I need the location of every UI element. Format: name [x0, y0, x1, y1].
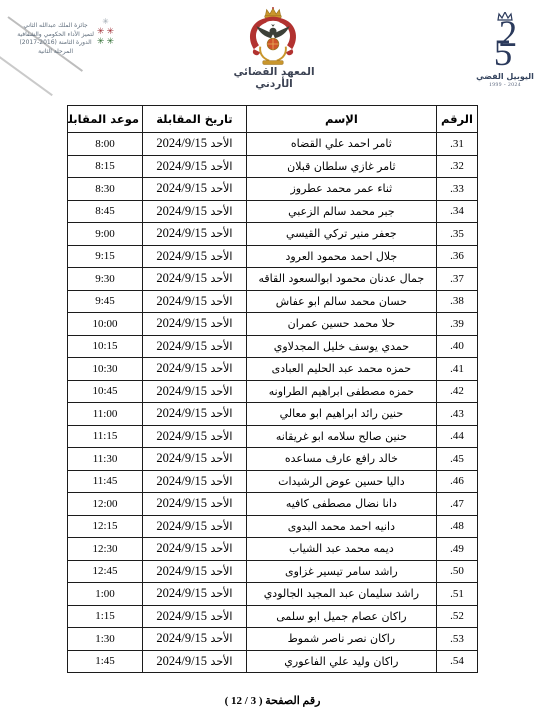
table-row: .41حمزه محمد عبد الحليم العبادىالأحد 202…	[68, 358, 478, 381]
column-header-date: تاريخ المقابلة	[143, 106, 247, 133]
weekday-label: الأحد	[207, 497, 232, 510]
interview-date-cell: الأحد 2024/9/15	[143, 155, 247, 178]
interview-date-cell: الأحد 2024/9/15	[143, 470, 247, 493]
applicant-name-cell: راكان عصام جميل ابو سلمى	[246, 605, 436, 628]
table-row: .31ثامر احمد علي القضاهالأحد 2024/9/158:…	[68, 133, 478, 156]
interview-date-cell: الأحد 2024/9/15	[143, 290, 247, 313]
weekday-label: الأحد	[207, 250, 232, 263]
weekday-label: الأحد	[207, 655, 232, 668]
applicant-name-cell: داليا حسين عوض الرشيدات	[246, 470, 436, 493]
applicant-name-cell: ثامر احمد علي القضاه	[246, 133, 436, 156]
row-number-cell: .31	[436, 133, 477, 156]
row-number-cell: .43	[436, 403, 477, 426]
applicant-name-cell: حسان محمد سالم ابو عفاش	[246, 290, 436, 313]
interview-time-cell: 9:30	[68, 268, 143, 291]
green-star-icon: ✳	[106, 37, 114, 47]
date-value: 2024/9/15	[156, 474, 207, 488]
applicant-name-cell: راشد سامر تيسير غزاوى	[246, 560, 436, 583]
interview-date-cell: الأحد 2024/9/15	[143, 560, 247, 583]
table-row: .35جعفر منير تركي القيسيالأحد 2024/9/159…	[68, 223, 478, 246]
row-number-cell: .52	[436, 605, 477, 628]
red-star-icon: ✳	[106, 27, 114, 37]
weekday-label: الأحد	[207, 385, 232, 398]
column-header-name: الإسم	[246, 106, 436, 133]
interview-date-cell: الأحد 2024/9/15	[143, 493, 247, 516]
date-value: 2024/9/15	[156, 136, 207, 150]
table-row: .49ديمه محمد عبد الشيابالأحد 2024/9/1512…	[68, 538, 478, 561]
date-value: 2024/9/15	[156, 271, 207, 285]
outline-star-icon: ✳	[102, 17, 109, 27]
date-value: 2024/9/15	[156, 429, 207, 443]
interview-time-cell: 9:15	[68, 245, 143, 268]
applicant-name-cell: جلال احمد محمود العرود	[246, 245, 436, 268]
interview-date-cell: الأحد 2024/9/15	[143, 313, 247, 336]
interview-date-cell: الأحد 2024/9/15	[143, 245, 247, 268]
interview-date-cell: الأحد 2024/9/15	[143, 133, 247, 156]
column-header-number: الرقم	[436, 106, 477, 133]
row-number-cell: .38	[436, 290, 477, 313]
table-row: .39حلا محمد حسين عمرانالأحد 2024/9/1510:…	[68, 313, 478, 336]
interview-date-cell: الأحد 2024/9/15	[143, 335, 247, 358]
interview-time-cell: 10:30	[68, 358, 143, 381]
applicant-name-cell: حمدي يوسف خليل المجدلاوي	[246, 335, 436, 358]
weekday-label: الأحد	[207, 160, 232, 173]
date-value: 2024/9/15	[156, 609, 207, 623]
interview-date-cell: الأحد 2024/9/15	[143, 605, 247, 628]
interview-time-cell: 9:00	[68, 223, 143, 246]
award-line: المرحلة الثانية	[17, 48, 94, 57]
row-number-cell: .44	[436, 425, 477, 448]
applicant-name-cell: ديمه محمد عبد الشياب	[246, 538, 436, 561]
applicant-name-cell: راكان نصر ناصر شموط	[246, 628, 436, 651]
weekday-label: الأحد	[207, 205, 232, 218]
row-number-cell: .36	[436, 245, 477, 268]
row-number-cell: .47	[436, 493, 477, 516]
row-number-cell: .40	[436, 335, 477, 358]
interview-time-cell: 12:15	[68, 515, 143, 538]
interview-time-cell: 10:00	[68, 313, 143, 336]
applicant-name-cell: حلا محمد حسين عمران	[246, 313, 436, 336]
table-row: .42حمزه مصطفى ابراهيم الطراونهالأحد 2024…	[68, 380, 478, 403]
interview-date-cell: الأحد 2024/9/15	[143, 403, 247, 426]
applicant-name-cell: دانيه احمد محمد البدوى	[246, 515, 436, 538]
date-value: 2024/9/15	[156, 541, 207, 555]
date-value: 2024/9/15	[156, 631, 207, 645]
interview-date-cell: الأحد 2024/9/15	[143, 358, 247, 381]
weekday-label: الأحد	[207, 610, 232, 623]
award-line: الدورة الثامنة (2016-2017)	[17, 39, 94, 48]
interview-time-cell: 8:15	[68, 155, 143, 178]
row-number-cell: .45	[436, 448, 477, 471]
weekday-label: الأحد	[207, 182, 232, 195]
weekday-label: الأحد	[207, 452, 232, 465]
row-number-cell: .39	[436, 313, 477, 336]
jubilee-years: 1999 - 2024	[466, 82, 544, 88]
date-value: 2024/9/15	[156, 361, 207, 375]
interview-time-cell: 10:45	[68, 380, 143, 403]
weekday-label: الأحد	[207, 632, 232, 645]
row-number-cell: .42	[436, 380, 477, 403]
table-row: .44حنين صالح سلامه ابو غريقانهالأحد 2024…	[68, 425, 478, 448]
date-value: 2024/9/15	[156, 586, 207, 600]
weekday-label: الأحد	[207, 340, 232, 353]
interview-time-cell: 9:45	[68, 290, 143, 313]
interview-time-cell: 12:00	[68, 493, 143, 516]
date-value: 2024/9/15	[156, 181, 207, 195]
date-value: 2024/9/15	[156, 496, 207, 510]
document-page: ✳ ✳ ✳ ✳ ✳ جائزة الملك عبدالله الثاني لتم…	[0, 0, 547, 719]
date-value: 2024/9/15	[156, 654, 207, 668]
table-header-row: الرقم الإسم تاريخ المقابلة موعد المقابلة	[68, 106, 478, 133]
green-star-icon: ✳	[97, 37, 105, 47]
date-value: 2024/9/15	[156, 294, 207, 308]
row-number-cell: .49	[436, 538, 477, 561]
interview-time-cell: 11:15	[68, 425, 143, 448]
award-stamp-logo: ✳ ✳ ✳ ✳ ✳ جائزة الملك عبدالله الثاني لتم…	[18, 16, 114, 80]
award-stars: ✳ ✳ ✳ ✳ ✳	[97, 16, 114, 80]
applicant-name-cell: حنين صالح سلامه ابو غريقانه	[246, 425, 436, 448]
table-row: .50راشد سامر تيسير غزاوىالأحد 2024/9/151…	[68, 560, 478, 583]
interview-time-cell: 1:15	[68, 605, 143, 628]
weekday-label: الأحد	[207, 227, 232, 240]
weekday-label: الأحد	[207, 565, 232, 578]
table-row: .45خالد رافع عارف مساعدهالأحد 2024/9/151…	[68, 448, 478, 471]
interview-time-cell: 12:45	[68, 560, 143, 583]
interview-date-cell: الأحد 2024/9/15	[143, 223, 247, 246]
interview-date-cell: الأحد 2024/9/15	[143, 650, 247, 673]
row-number-cell: .53	[436, 628, 477, 651]
applicant-name-cell: ثناء عمر محمد عطروز	[246, 178, 436, 201]
row-number-cell: .33	[436, 178, 477, 201]
applicant-name-cell: ثامر غازي سلطان قبلان	[246, 155, 436, 178]
interview-time-cell: 8:00	[68, 133, 143, 156]
jordan-coat-of-arms	[241, 7, 305, 67]
date-value: 2024/9/15	[156, 564, 207, 578]
table-row: .53راكان نصر ناصر شموطالأحد 2024/9/151:3…	[68, 628, 478, 651]
weekday-label: الأحد	[207, 430, 232, 443]
table-row: .40حمدي يوسف خليل المجدلاويالأحد 2024/9/…	[68, 335, 478, 358]
interview-date-cell: الأحد 2024/9/15	[143, 448, 247, 471]
date-value: 2024/9/15	[156, 451, 207, 465]
date-value: 2024/9/15	[156, 316, 207, 330]
table-row: .51راشد سليمان عبد المجيد الجالوديالأحد …	[68, 583, 478, 606]
interview-time-cell: 11:00	[68, 403, 143, 426]
date-value: 2024/9/15	[156, 384, 207, 398]
date-value: 2024/9/15	[156, 204, 207, 218]
applicant-name-cell: حمزه مصطفى ابراهيم الطراونه	[246, 380, 436, 403]
row-number-cell: .46	[436, 470, 477, 493]
award-stamp-text: جائزة الملك عبدالله الثاني لتميز الأداء …	[17, 16, 94, 80]
institute-calligraphy: المعهد القضائي الأردني	[214, 66, 334, 90]
interview-date-cell: الأحد 2024/9/15	[143, 268, 247, 291]
table-row: .43حنين رائد ابراهيم ابو معاليالأحد 2024…	[68, 403, 478, 426]
weekday-label: الأحد	[207, 317, 232, 330]
table-row: .37جمال عدنان محمود ابوالسعود القاقهالأح…	[68, 268, 478, 291]
interview-date-cell: الأحد 2024/9/15	[143, 583, 247, 606]
table-row: .46داليا حسين عوض الرشيداتالأحد 2024/9/1…	[68, 470, 478, 493]
weekday-label: الأحد	[207, 362, 232, 375]
row-number-cell: .50	[436, 560, 477, 583]
silver-jubilee-logo: 2 5 اليوبيل الفضي 1999 - 2024	[466, 12, 544, 108]
interview-time-cell: 12:30	[68, 538, 143, 561]
date-value: 2024/9/15	[156, 339, 207, 353]
interview-time-cell: 1:30	[68, 628, 143, 651]
jubilee-digit-5: 5	[462, 40, 544, 69]
weekday-label: الأحد	[207, 137, 232, 150]
interview-time-cell: 11:45	[68, 470, 143, 493]
applicant-name-cell: جبر محمد سالم الزعبي	[246, 200, 436, 223]
interview-time-cell: 10:15	[68, 335, 143, 358]
row-number-cell: .35	[436, 223, 477, 246]
interview-date-cell: الأحد 2024/9/15	[143, 628, 247, 651]
interview-time-cell: 8:45	[68, 200, 143, 223]
interview-date-cell: الأحد 2024/9/15	[143, 200, 247, 223]
date-value: 2024/9/15	[156, 249, 207, 263]
row-number-cell: .32	[436, 155, 477, 178]
applicant-name-cell: حنين رائد ابراهيم ابو معالي	[246, 403, 436, 426]
table-row: .34جبر محمد سالم الزعبيالأحد 2024/9/158:…	[68, 200, 478, 223]
table-row: .52راكان عصام جميل ابو سلمىالأحد 2024/9/…	[68, 605, 478, 628]
applicant-name-cell: خالد رافع عارف مساعده	[246, 448, 436, 471]
red-star-icon: ✳	[97, 27, 105, 37]
row-number-cell: .41	[436, 358, 477, 381]
table-row: .48دانيه احمد محمد البدوىالأحد 2024/9/15…	[68, 515, 478, 538]
row-number-cell: .48	[436, 515, 477, 538]
interview-schedule-table: الرقم الإسم تاريخ المقابلة موعد المقابلة…	[67, 105, 478, 673]
jubilee-caption: اليوبيل الفضي	[466, 72, 544, 81]
row-number-cell: .54	[436, 650, 477, 673]
applicant-name-cell: راكان وليد علي الفاعوري	[246, 650, 436, 673]
row-number-cell: .51	[436, 583, 477, 606]
applicant-name-cell: جمال عدنان محمود ابوالسعود القاقه	[246, 268, 436, 291]
table-row: .47دانا نضال مصطفى كافيهالأحد 2024/9/151…	[68, 493, 478, 516]
table-row: .38حسان محمد سالم ابو عفاشالأحد 2024/9/1…	[68, 290, 478, 313]
interview-time-cell: 1:00	[68, 583, 143, 606]
applicant-name-cell: حمزه محمد عبد الحليم العبادى	[246, 358, 436, 381]
weekday-label: الأحد	[207, 407, 232, 420]
date-value: 2024/9/15	[156, 406, 207, 420]
table-row: .54راكان وليد علي الفاعوريالأحد 2024/9/1…	[68, 650, 478, 673]
interview-date-cell: الأحد 2024/9/15	[143, 425, 247, 448]
applicant-name-cell: جعفر منير تركي القيسي	[246, 223, 436, 246]
date-value: 2024/9/15	[156, 159, 207, 173]
interview-date-cell: الأحد 2024/9/15	[143, 515, 247, 538]
interview-date-cell: الأحد 2024/9/15	[143, 538, 247, 561]
applicant-name-cell: دانا نضال مصطفى كافيه	[246, 493, 436, 516]
date-value: 2024/9/15	[156, 226, 207, 240]
interview-date-cell: الأحد 2024/9/15	[143, 178, 247, 201]
date-value: 2024/9/15	[156, 519, 207, 533]
award-line: جائزة الملك عبدالله الثاني	[17, 22, 94, 31]
page-number-label: رقم الصفحة ( 3 / 12 )	[67, 694, 478, 707]
interview-date-cell: الأحد 2024/9/15	[143, 380, 247, 403]
row-number-cell: .37	[436, 268, 477, 291]
applicant-name-cell: راشد سليمان عبد المجيد الجالودي	[246, 583, 436, 606]
weekday-label: الأحد	[207, 475, 232, 488]
award-line: لتميز الأداء الحكومي والشفافية	[17, 31, 94, 40]
weekday-label: الأحد	[207, 295, 232, 308]
table-row: .32ثامر غازي سلطان قبلانالأحد 2024/9/158…	[68, 155, 478, 178]
weekday-label: الأحد	[207, 542, 232, 555]
weekday-label: الأحد	[207, 520, 232, 533]
table-row: .36جلال احمد محمود العرودالأحد 2024/9/15…	[68, 245, 478, 268]
column-header-time: موعد المقابلة	[68, 106, 143, 133]
weekday-label: الأحد	[207, 587, 232, 600]
interview-time-cell: 11:30	[68, 448, 143, 471]
schedule-table-body: .31ثامر احمد علي القضاهالأحد 2024/9/158:…	[68, 133, 478, 673]
table-row: .33ثناء عمر محمد عطروزالأحد 2024/9/158:3…	[68, 178, 478, 201]
interview-time-cell: 1:45	[68, 650, 143, 673]
row-number-cell: .34	[436, 200, 477, 223]
weekday-label: الأحد	[207, 272, 232, 285]
interview-time-cell: 8:30	[68, 178, 143, 201]
